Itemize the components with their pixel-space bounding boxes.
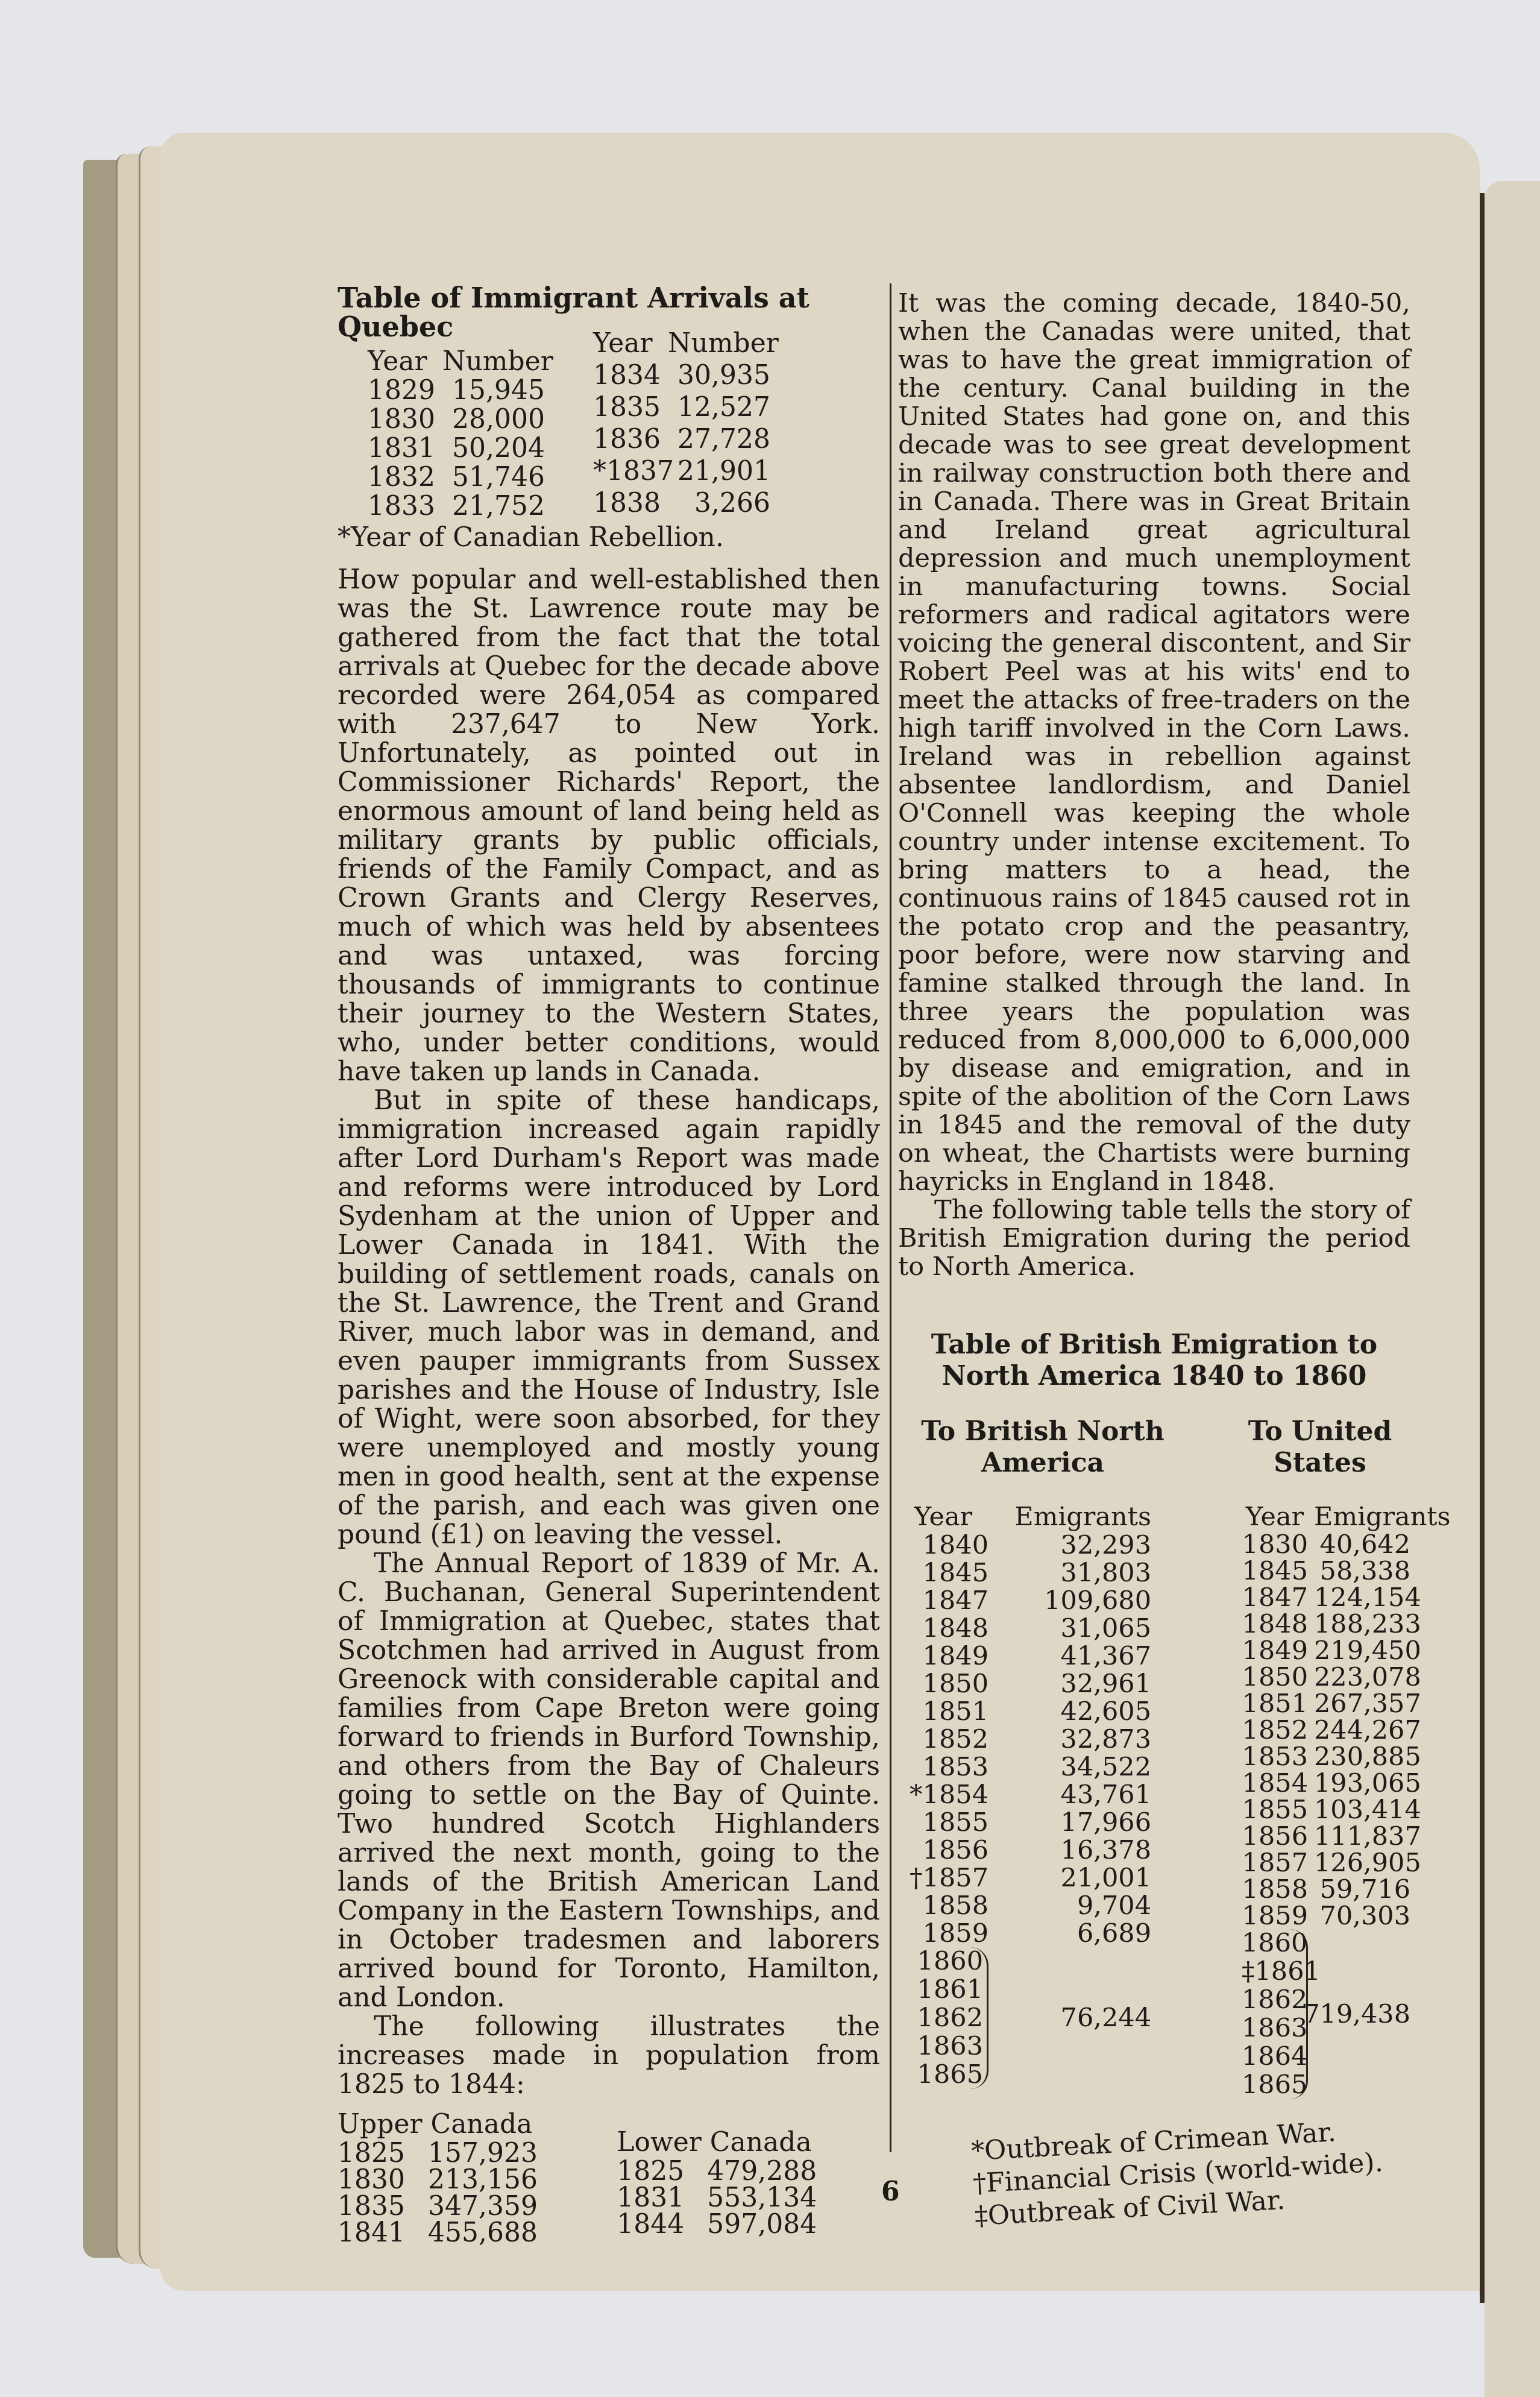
table-row: 185032,961	[898, 1670, 1151, 1698]
table-row: 185616,378	[898, 1836, 1151, 1864]
table-cell-year: 1855	[1242, 1797, 1308, 1823]
table-cell-value: 32,293	[1013, 1531, 1151, 1559]
table-row: 185970,303	[1242, 1903, 1410, 1929]
table-cell-number: 27,728	[668, 425, 770, 457]
table-row: 184941,367	[898, 1642, 1151, 1670]
col-header-year: Year	[368, 347, 434, 376]
body-paragraph: How popular and well-established then wa…	[338, 565, 880, 1086]
bracketed-year: 1861	[898, 1976, 983, 2004]
table-cell-year: *1854	[898, 1781, 988, 1809]
table-cell-year: 1851	[1242, 1690, 1308, 1717]
table-row: †185721,001	[898, 1864, 1151, 1892]
table-cell-year: 1857	[1242, 1850, 1308, 1876]
table-cell-number: 30,935	[668, 361, 770, 393]
table-row: 1847124,154	[1242, 1584, 1410, 1611]
table-cell-value: 230,885	[1314, 1743, 1410, 1770]
table-cell-year: 1835	[338, 2193, 428, 2220]
emigration-table-title: Table of British Emigration to North Ame…	[898, 1329, 1410, 1392]
table-cell-value: 40,642	[1314, 1531, 1410, 1558]
bna-grouped-years: 18601861186218631865 76,244	[898, 1947, 1151, 2089]
emigration-table-headings: To British North America To United State…	[898, 1416, 1410, 1479]
table-cell-year: †1857	[898, 1864, 988, 1892]
table-cell-value: 213,156	[428, 2167, 530, 2193]
table-cell-value: 34,522	[1013, 1753, 1151, 1781]
table-cell-number: 28,000	[442, 405, 545, 434]
grouped-value: 719,438	[1314, 1929, 1410, 2099]
col-header-year: Year	[593, 329, 659, 361]
table-cell-year: 1847	[1242, 1584, 1308, 1611]
table-cell-year: 1825	[617, 2158, 707, 2185]
table-cell-value: 32,873	[1013, 1725, 1151, 1753]
table-cell-value: 31,065	[1013, 1614, 1151, 1642]
table-row: 1855103,414	[1242, 1797, 1410, 1823]
table-cell-year: 1835	[593, 393, 659, 425]
upper-canada-column: Upper Canada 1825157,923 1830213,156 183…	[338, 2110, 532, 2246]
table-cell-year: 1853	[1242, 1743, 1308, 1770]
table-row: 18589,704	[898, 1892, 1151, 1920]
table-row: 1857126,905	[1242, 1850, 1410, 1876]
col-header-year: Year	[898, 1503, 988, 1531]
table-cell-year: *1837	[593, 457, 659, 489]
table-cell-value: 157,923	[428, 2140, 530, 2167]
table-cell-value: 244,267	[1314, 1717, 1410, 1743]
table-cell-value: 70,303	[1314, 1903, 1410, 1929]
table-cell-value: 455,688	[428, 2220, 530, 2246]
table-row: 184032,293	[898, 1531, 1151, 1559]
table-cell-year: 1833	[368, 492, 434, 521]
table-cell-year: 1851	[898, 1698, 988, 1725]
facing-page-edge	[1485, 181, 1540, 2397]
table-cell-year: 1834	[593, 361, 659, 393]
quebec-table-left: Year Number 182915,945 183028,000 183150…	[368, 347, 545, 521]
table-row: 1854193,065	[1242, 1770, 1410, 1797]
table-cell-value: 103,414	[1314, 1797, 1410, 1823]
table-cell-value: 21,001	[1013, 1864, 1151, 1892]
bna-column: Year Emigrants 184032,293184531,80318471…	[898, 1503, 1151, 2099]
table-row: 1844597,084	[617, 2211, 811, 2238]
table-row: 1848188,233	[1242, 1611, 1410, 1637]
table-cell-value: 109,680	[1013, 1587, 1151, 1614]
lower-canada-heading: Lower Canada	[617, 2128, 811, 2157]
column-headers: Year Emigrants	[898, 1503, 1151, 1531]
body-paragraph: It was the coming decade, 1840-50, when …	[898, 289, 1410, 1196]
body-paragraph: The following table tells the story of B…	[898, 1196, 1410, 1281]
table-row: 1853230,885	[1242, 1743, 1410, 1770]
table-cell-value: 219,450	[1314, 1637, 1410, 1664]
table-cell-year: 1856	[1242, 1823, 1308, 1850]
table-cell-value: 42,605	[1013, 1698, 1151, 1725]
table-cell-year: 1849	[1242, 1637, 1308, 1664]
table-cell-year: 1850	[1242, 1664, 1308, 1690]
table-row: 1831553,134	[617, 2185, 811, 2211]
table-cell-year: 1825	[338, 2140, 428, 2167]
table-cell-value: 126,905	[1314, 1850, 1410, 1876]
table-row: 1825479,288	[617, 2158, 811, 2185]
table-row: 1847109,680	[898, 1587, 1151, 1614]
left-column: Table of Immigrant Arrivals at Quebec Ye…	[338, 283, 880, 2246]
bracketed-year: 1863	[1242, 2014, 1303, 2043]
table-cell-value: 597,084	[707, 2211, 809, 2238]
table-row: 1851267,357	[1242, 1690, 1410, 1717]
table-cell-year: 1854	[1242, 1770, 1308, 1797]
table-row: 1849219,450	[1242, 1637, 1410, 1664]
table-row: 183040,642	[1242, 1531, 1410, 1558]
body-paragraph: The Annual Report of 1839 of Mr. A. C. B…	[338, 1549, 880, 2012]
table-cell-year: 1832	[368, 463, 434, 492]
bracketed-year: 1862	[898, 2004, 983, 2032]
lower-canada-column: Lower Canada 1825479,288 1831553,134 184…	[617, 2128, 811, 2246]
table-row: 185859,716	[1242, 1876, 1410, 1903]
table-cell-value: 347,359	[428, 2193, 530, 2220]
table-cell-value: 31,803	[1013, 1559, 1151, 1587]
bracketed-year: 1862	[1242, 1986, 1303, 2014]
body-paragraph: But in spite of these handicaps, immigra…	[338, 1086, 880, 1549]
column-headers: Year Emigrants	[1242, 1503, 1410, 1531]
table-cell-value: 124,154	[1314, 1584, 1410, 1611]
col-header-emigrants: Emigrants	[1314, 1503, 1410, 1531]
bracketed-year: 1860	[1242, 1929, 1303, 1958]
table-cell-year: 1830	[338, 2167, 428, 2193]
table-cell-year: 1830	[368, 405, 434, 434]
table-cell-year: 1829	[368, 376, 434, 405]
bracketed-year: 1863	[898, 2032, 983, 2061]
table-cell-year: 1836	[593, 425, 659, 457]
table-cell-year: 1831	[368, 434, 434, 463]
table-cell-value: 17,966	[1013, 1809, 1151, 1836]
table-cell-year: 1847	[898, 1587, 988, 1614]
table-row: 184558,338	[1242, 1558, 1410, 1584]
bna-rows: 184032,293184531,8031847109,680184831,06…	[898, 1531, 1151, 1947]
table-cell-year: 1840	[898, 1531, 988, 1559]
table-cell-value: 479,288	[707, 2158, 809, 2185]
body-paragraph: The following illustrates the increases …	[338, 2012, 880, 2099]
grouped-value: 76,244	[1013, 1947, 1151, 2089]
population-table: Upper Canada 1825157,923 1830213,156 183…	[338, 2110, 880, 2246]
bracketed-years: 18601861186218631865	[898, 1947, 988, 2089]
table-cell-year: 1845	[1242, 1558, 1308, 1584]
table-row: 1852244,267	[1242, 1717, 1410, 1743]
table-row: 185142,605	[898, 1698, 1151, 1725]
table-cell-value: 16,378	[1013, 1836, 1151, 1864]
quebec-table-footnote: *Year of Canadian Rebellion.	[338, 523, 880, 552]
table-row: 184831,065	[898, 1614, 1151, 1642]
table-cell-number: 21,901	[668, 457, 770, 489]
table-cell-year: 1830	[1242, 1531, 1308, 1558]
table-cell-value: 43,761	[1013, 1781, 1151, 1809]
table-cell-year: 1838	[593, 489, 659, 521]
table-cell-number: 12,527	[668, 393, 770, 425]
us-grouped-years: 1860‡18611862186318641865 719,438	[1242, 1929, 1410, 2099]
table-row: 1830213,156	[338, 2167, 532, 2193]
table-cell-number: 51,746	[442, 463, 545, 492]
table-row: 1835347,359	[338, 2193, 532, 2220]
table-cell-number: 21,752	[442, 492, 545, 521]
table-cell-year: 1848	[898, 1614, 988, 1642]
table-cell-value: 223,078	[1314, 1664, 1410, 1690]
table-cell-year: 1859	[1242, 1903, 1308, 1929]
col-header-emigrants: Emigrants	[1013, 1503, 1151, 1531]
table-cell-year: 1858	[898, 1892, 988, 1920]
table-cell-value: 111,837	[1314, 1823, 1410, 1850]
emigration-footnotes: *Outbreak of Crimean War. †Financial Cri…	[970, 2112, 1415, 2233]
page-number: 6	[881, 2176, 900, 2207]
table-row: 1856111,837	[1242, 1823, 1410, 1850]
bracketed-year: 1865	[1242, 2071, 1303, 2099]
table-cell-year: 1845	[898, 1559, 988, 1587]
table-cell-year: 1852	[1242, 1717, 1308, 1743]
table-cell-year: 1859	[898, 1920, 988, 1947]
us-column: Year Emigrants 183040,642184558,33818471…	[1242, 1503, 1410, 2099]
table-cell-value: 193,065	[1314, 1770, 1410, 1797]
table-cell-year: 1853	[898, 1753, 988, 1781]
bracketed-year: 1864	[1242, 2043, 1303, 2071]
bracketed-years: 1860‡18611862186318641865	[1242, 1929, 1308, 2099]
table-cell-value: 188,233	[1314, 1611, 1410, 1637]
table-row: *185443,761	[898, 1781, 1151, 1809]
quebec-table-right: Year Number 183430,935 183512,527 183627…	[593, 329, 770, 521]
col-header-number: Number	[442, 347, 545, 376]
table-row: 184531,803	[898, 1559, 1151, 1587]
table-cell-value: 32,961	[1013, 1670, 1151, 1698]
table-cell-number: 50,204	[442, 434, 545, 463]
bracketed-year: 1860	[898, 1947, 983, 1976]
col-header-year: Year	[1242, 1503, 1308, 1531]
table-cell-year: 1855	[898, 1809, 988, 1836]
table-cell-year: 1844	[617, 2211, 707, 2238]
table-cell-value: 59,716	[1314, 1876, 1410, 1903]
table-cell-value: 553,134	[707, 2185, 809, 2211]
table-cell-value: 41,367	[1013, 1642, 1151, 1670]
table-cell-year: 1849	[898, 1642, 988, 1670]
table-cell-number: 15,945	[442, 376, 545, 405]
table-row: 185334,522	[898, 1753, 1151, 1781]
quebec-arrivals-table: Year Number 182915,945 183028,000 183150…	[368, 347, 880, 521]
us-heading: To United States	[1230, 1416, 1410, 1479]
bracketed-year: ‡1861	[1242, 1958, 1303, 1986]
col-header-number: Number	[668, 329, 770, 361]
table-cell-year: 1856	[898, 1836, 988, 1864]
table-row: 1825157,923	[338, 2140, 532, 2167]
bracketed-year: 1865	[898, 2061, 983, 2089]
bna-heading: To British North America	[898, 1416, 1187, 1479]
table-row: 1850223,078	[1242, 1664, 1410, 1690]
table-cell-year: 1850	[898, 1670, 988, 1698]
table-row: 18596,689	[898, 1920, 1151, 1947]
table-cell-value: 267,357	[1314, 1690, 1410, 1717]
table-cell-year: 1852	[898, 1725, 988, 1753]
upper-canada-heading: Upper Canada	[338, 2110, 532, 2139]
table-row: 1841455,688	[338, 2220, 532, 2246]
column-divider	[890, 283, 891, 2152]
table-cell-value: 58,338	[1314, 1558, 1410, 1584]
right-column: It was the coming decade, 1840-50, when …	[898, 289, 1410, 2233]
us-rows: 183040,642184558,3381847124,1541848188,2…	[1242, 1531, 1410, 1929]
table-row: 185232,873	[898, 1725, 1151, 1753]
table-cell-year: 1841	[338, 2220, 428, 2246]
emigration-table: Year Emigrants 184032,293184531,80318471…	[898, 1503, 1410, 2099]
table-cell-year: 1831	[617, 2185, 707, 2211]
table-row: 185517,966	[898, 1809, 1151, 1836]
table-cell-number: 3,266	[668, 489, 770, 521]
table-cell-year: 1858	[1242, 1876, 1308, 1903]
table-cell-value: 9,704	[1013, 1892, 1151, 1920]
table-cell-value: 6,689	[1013, 1920, 1151, 1947]
book-gutter	[1480, 193, 1485, 2303]
table-cell-year: 1848	[1242, 1611, 1308, 1637]
